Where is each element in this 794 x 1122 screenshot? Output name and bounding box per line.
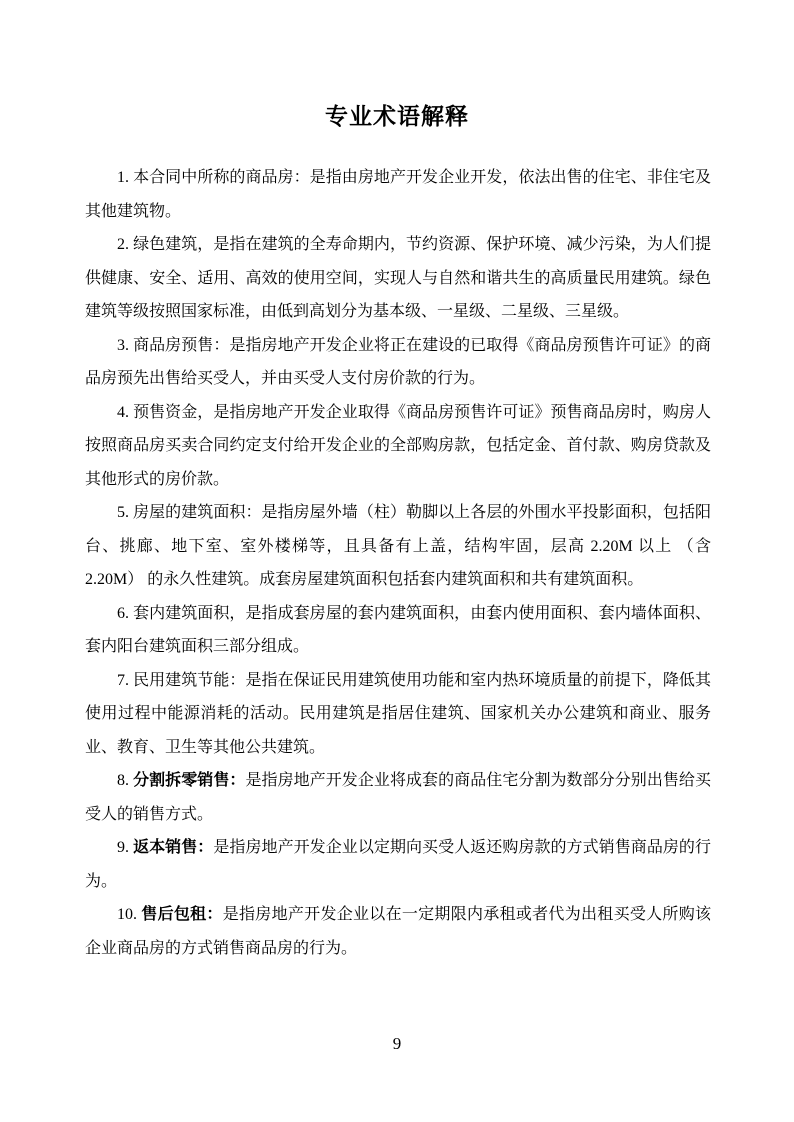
term-name: 售后包租： (141, 906, 222, 923)
terms-list: 1. 本合同中所称的商品房：是指由房地产开发企业开发，依法出售的住宅、非住宅及其… (85, 161, 711, 965)
term-number: 5. (117, 504, 133, 521)
term-name: 预售资金， (133, 404, 213, 421)
term-paragraph: 7. 民用建筑节能：是指在保证民用建筑使用功能和室内热环境质量的前提下，降低其使… (85, 664, 711, 765)
term-name: 返本销售： (133, 839, 213, 856)
term-paragraph: 3. 商品房预售：是指房地产开发企业将正在建设的已取得《商品房预售许可证》的商品… (85, 329, 711, 396)
term-paragraph: 10. 售后包租：是指房地产开发企业以在一定期限内承租或者代为出租买受人所购该企… (85, 898, 711, 965)
term-number: 9. (117, 839, 133, 856)
term-name: 绿色建筑， (133, 236, 213, 253)
term-number: 3. (117, 337, 133, 354)
term-number: 2. (117, 236, 133, 253)
term-number: 4. (117, 404, 133, 421)
term-paragraph: 5. 房屋的建筑面积：是指房屋外墙（柱）勒脚以上各层的外围水平投影面积，包括阳台… (85, 496, 711, 597)
page-title: 专业术语解释 (0, 0, 794, 132)
term-paragraph: 4. 预售资金，是指房地产开发企业取得《商品房预售许可证》预售商品房时，购房人按… (85, 396, 711, 497)
term-paragraph: 1. 本合同中所称的商品房：是指由房地产开发企业开发，依法出售的住宅、非住宅及其… (85, 161, 711, 228)
document-page: 专业术语解释 1. 本合同中所称的商品房：是指由房地产开发企业开发，依法出售的住… (0, 0, 794, 1122)
term-number: 10. (117, 906, 141, 923)
page-number: 9 (0, 1032, 794, 1056)
term-paragraph: 9. 返本销售：是指房地产开发企业以定期向买受人返还购房款的方式销售商品房的行为… (85, 831, 711, 898)
term-name: 套内建筑面积， (133, 605, 245, 622)
term-number: 7. (117, 672, 133, 689)
term-paragraph: 2. 绿色建筑，是指在建筑的全寿命期内，节约资源、保护环境、减少污染，为人们提供… (85, 228, 711, 329)
term-number: 6. (117, 605, 133, 622)
term-number: 1. (117, 169, 133, 186)
term-name: 本合同中所称的商品房： (133, 169, 310, 186)
term-name: 民用建筑节能： (133, 672, 245, 689)
term-name: 分割拆零销售： (133, 772, 245, 789)
term-name: 商品房预售： (133, 337, 229, 354)
term-number: 8. (117, 772, 133, 789)
term-paragraph: 6. 套内建筑面积，是指成套房屋的套内建筑面积，由套内使用面积、套内墙体面积、套… (85, 597, 711, 664)
term-paragraph: 8. 分割拆零销售：是指房地产开发企业将成套的商品住宅分割为数部分分别出售给买受… (85, 764, 711, 831)
term-name: 房屋的建筑面积： (133, 504, 261, 521)
